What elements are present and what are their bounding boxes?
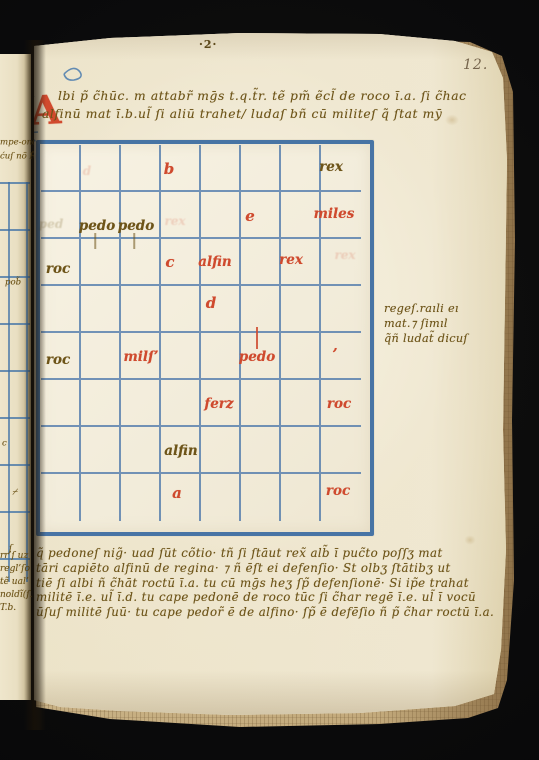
piece-roc-r6c8: roc — [327, 396, 351, 412]
show-through-mark-r1c2: d — [83, 164, 91, 178]
piece-ferz-r6c5: ferz — [204, 396, 233, 412]
board-cell-r4c8 — [321, 286, 361, 333]
board-cell-r7c8 — [321, 427, 361, 474]
incipit-paragraph: lbi p̃ c̃hūc. m attabr̃ mḡs t.q.t̃r. tẽ … — [58, 88, 470, 123]
board-cell-r2c5 — [201, 192, 241, 239]
gutter-shadow — [24, 40, 46, 730]
board-cell-r3c3 — [121, 239, 161, 286]
facing-page-fragment: ⌿ — [12, 488, 17, 498]
board-cell-r1c6 — [241, 145, 281, 192]
piece-mil-r5c3: milſ’ — [123, 349, 158, 365]
piece-d-r4c5: d — [206, 294, 217, 312]
manuscript-page: ·2· 12. A lbi p̃ c̃hūc. m attabr̃ mḡs t.… — [0, 0, 539, 760]
piece-a-r8c4: a — [172, 484, 182, 502]
board-cell-r7c6 — [241, 427, 281, 474]
piece-mark-r5c8: ’ — [332, 345, 337, 363]
text-line: militē ī.e. ul̃ ī.d. tu cape pedonē de r… — [36, 590, 488, 605]
ink-descender-stroke — [94, 233, 96, 249]
text-line: tiē ſi albi ñ c̃hāt roctū ī.a. tu cū mḡs… — [36, 576, 488, 591]
piece-pedo-r5c6: pedo — [239, 349, 275, 365]
red-pointer-stroke — [256, 327, 258, 349]
text-line: alfinū mat ī.b.ul̃ ſi aliū trahet/ ludaſ… — [42, 106, 470, 124]
board-cell-r1c3 — [121, 145, 161, 192]
commentary-paragraph: q̃ pedoneſ nig̃· uad ſūt cõtio· tñ ſi ſt… — [36, 546, 488, 620]
board-cell-r5c8 — [321, 333, 361, 380]
board-cell-r3c8 — [321, 239, 361, 286]
board-cell-r8c2 — [81, 474, 121, 521]
board-cell-r1c7 — [281, 145, 321, 192]
board-cell-r5c2 — [81, 333, 121, 380]
board-cell-r8c5 — [201, 474, 241, 521]
board-cell-r5c4 — [161, 333, 201, 380]
piece-c-r3c4: c — [165, 253, 174, 271]
board-cell-r1c5 — [201, 145, 241, 192]
piece-rex-r1c8: rex — [319, 159, 343, 175]
chess-grid: brexpedopedoemilesroccalfinrexdrocmilſ’p… — [41, 145, 361, 521]
board-cell-r4c6 — [241, 286, 281, 333]
piece-roc-r3c1: roc — [46, 261, 70, 277]
board-cell-r7c2 — [81, 427, 121, 474]
board-cell-r4c3 — [121, 286, 161, 333]
chess-diagram: brexpedopedoemilesroccalfinrexdrocmilſ’p… — [36, 140, 374, 536]
text-line: ūſuſ militē ſuū· tu cape pedor̃ ē de alf… — [36, 605, 488, 620]
piece-alfin-r3c5: alfin — [198, 254, 232, 270]
board-cell-r5c7 — [281, 333, 321, 380]
piece-rex-r3c7: rex — [279, 252, 303, 268]
board-cell-r4c2 — [81, 286, 121, 333]
board-cell-r6c3 — [121, 380, 161, 427]
show-through-mark-r2c4: rex — [164, 214, 185, 228]
manuscript-photo: rr’ſ uzregl’ſotẽ ual’noldĩ(ſ.T.b. mpe-on… — [0, 0, 539, 760]
board-cell-r7c1 — [41, 427, 81, 474]
board-cell-r6c1 — [41, 380, 81, 427]
board-cell-r4c4 — [161, 286, 201, 333]
board-cell-r6c2 — [81, 380, 121, 427]
piece-alfin-r7c4: alfin — [164, 443, 198, 459]
board-cell-r7c5 — [201, 427, 241, 474]
quire-mark: ·2· — [199, 38, 217, 51]
piece-roc-r5c1: roc — [46, 352, 70, 368]
board-cell-r2c1 — [41, 192, 81, 239]
folio-number: 12. — [463, 57, 488, 73]
board-cell-r6c4 — [161, 380, 201, 427]
board-cell-r6c6 — [241, 380, 281, 427]
show-through-mark-r3c8: rex — [334, 248, 355, 262]
board-cell-r7c7 — [281, 427, 321, 474]
piece-e-r2c6: e — [245, 207, 255, 225]
board-cell-r4c1 — [41, 286, 81, 333]
board-cell-r5c5 — [201, 333, 241, 380]
text-line: lbi p̃ c̃hūc. m attabr̃ mḡs t.q.t̃r. tẽ … — [58, 88, 470, 106]
facing-page-fragment: ſ — [9, 544, 12, 554]
text-line: tāri capiēto alfinū de regina· ⁊ ñ ēſt e… — [36, 561, 488, 576]
piece-pedo-r2c2: pedo — [79, 218, 115, 234]
board-cell-r3c6 — [241, 239, 281, 286]
board-cell-r8c7 — [281, 474, 321, 521]
piece-miles-r2c8: miles — [314, 206, 355, 222]
piece-pedo-r2c3: pedo — [118, 218, 154, 234]
board-cell-r8c1 — [41, 474, 81, 521]
board-cell-r8c6 — [241, 474, 281, 521]
facing-page-fragment: pob̃ — [5, 278, 21, 288]
board-cell-r1c1 — [41, 145, 81, 192]
text-line: q̃ pedoneſ nig̃· uad ſūt cõtio· tñ ſi ſt… — [36, 546, 488, 561]
piece-roc-r8c8: roc — [326, 483, 350, 499]
facing-grid-line — [8, 182, 10, 582]
page-top-shading — [0, 0, 539, 60]
ink-descender-stroke — [133, 233, 135, 249]
piece-b-r1c4: b — [164, 160, 175, 178]
board-cell-r6c7 — [281, 380, 321, 427]
board-cell-r8c3 — [121, 474, 161, 521]
board-cell-r3c2 — [81, 239, 121, 286]
board-cell-r4c7 — [281, 286, 321, 333]
facing-page-fragment: c — [2, 439, 7, 449]
board-cell-r7c3 — [121, 427, 161, 474]
